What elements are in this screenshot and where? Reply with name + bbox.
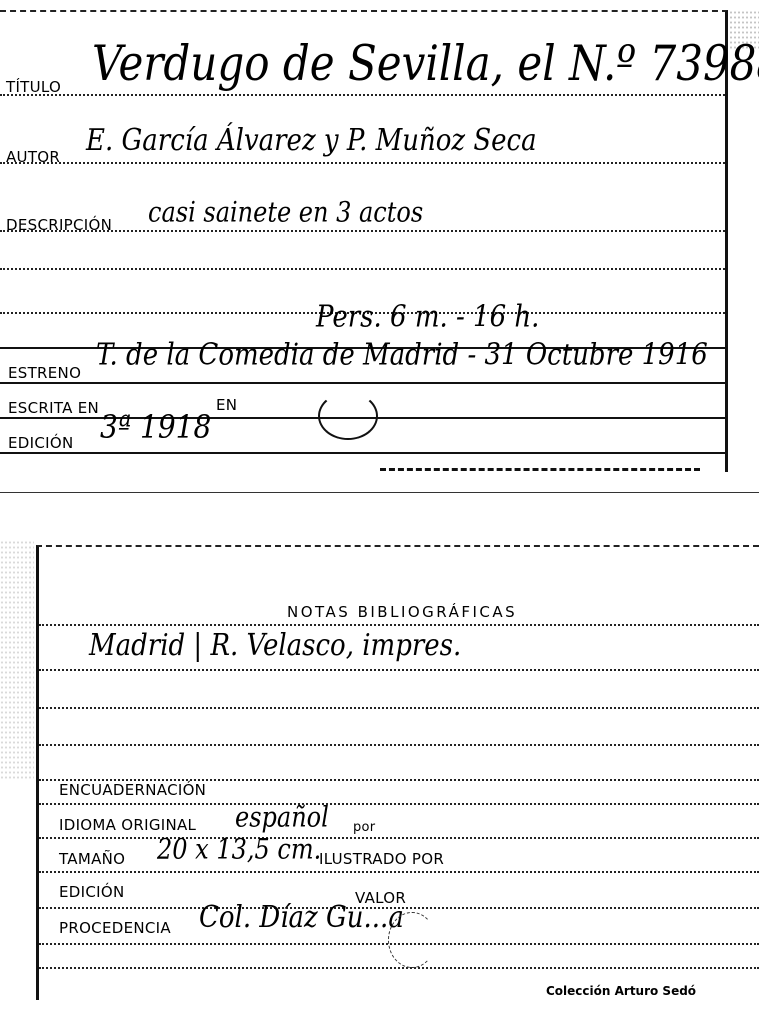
tamano-value: 20 x 13,5 cm.	[157, 835, 321, 863]
rule-line	[0, 94, 725, 96]
notas-heading: NOTAS BIBLIOGRÁFICAS	[287, 603, 517, 621]
rule-line	[39, 871, 759, 873]
estreno-label: ESTRENO	[8, 366, 81, 381]
card-divider	[0, 492, 759, 493]
collection-credit: Colección Arturo Sedó	[546, 984, 696, 998]
estreno-value: T. de la Comedia de Madrid - 31 Octubre …	[96, 340, 708, 370]
procedencia-label: PROCEDENCIA	[59, 921, 171, 936]
rule-line	[39, 624, 759, 626]
titulo-label: TÍTULO	[6, 80, 61, 95]
rule-line	[0, 268, 725, 270]
autor-value: E. García Álvarez y P. Muñoz Seca	[86, 126, 537, 156]
rule-line	[39, 744, 759, 746]
scan-noise	[0, 540, 34, 780]
titulo-value: Verdugo de Sevilla, el N.º 73988	[92, 40, 759, 88]
encuadernacion-label: ENCUADERNACIÓN	[59, 783, 206, 798]
rule-line	[39, 669, 759, 671]
notas-value: Madrid | R. Velasco, impres.	[89, 631, 461, 661]
idioma-value: español	[235, 803, 329, 831]
autor-label: AUTOR	[6, 150, 60, 165]
rule-line	[39, 707, 759, 709]
procedencia-value: Col. Díaz Gu...a	[199, 903, 404, 933]
descripcion-label: DESCRIPCIÓN	[6, 218, 112, 233]
rule-line	[39, 837, 759, 839]
edicion-back-label: EDICIÓN	[59, 885, 124, 900]
rule-line	[0, 162, 725, 164]
en-label: EN	[216, 398, 237, 413]
rule-line	[39, 967, 759, 969]
escrita-en-label: ESCRITA EN	[8, 401, 99, 416]
idioma-label: IDIOMA ORIGINAL	[59, 818, 196, 833]
edicion-value: 3ª 1918	[100, 412, 211, 444]
torn-edge	[380, 468, 700, 471]
punch-hole-icon	[318, 392, 378, 440]
rule-line	[39, 803, 759, 805]
rule-line	[0, 382, 725, 384]
descripcion-value: casi sainete en 3 actos	[148, 198, 423, 226]
personajes-note: Pers. 6 m. - 16 h.	[316, 302, 539, 332]
edicion-label: EDICIÓN	[8, 436, 73, 451]
rule-line	[0, 452, 725, 454]
ilustrado-label: ILUSTRADO POR	[319, 852, 444, 867]
por-label: por	[353, 821, 375, 834]
punch-hole-icon	[388, 912, 436, 968]
tamano-label: TAMAÑO	[59, 852, 125, 867]
